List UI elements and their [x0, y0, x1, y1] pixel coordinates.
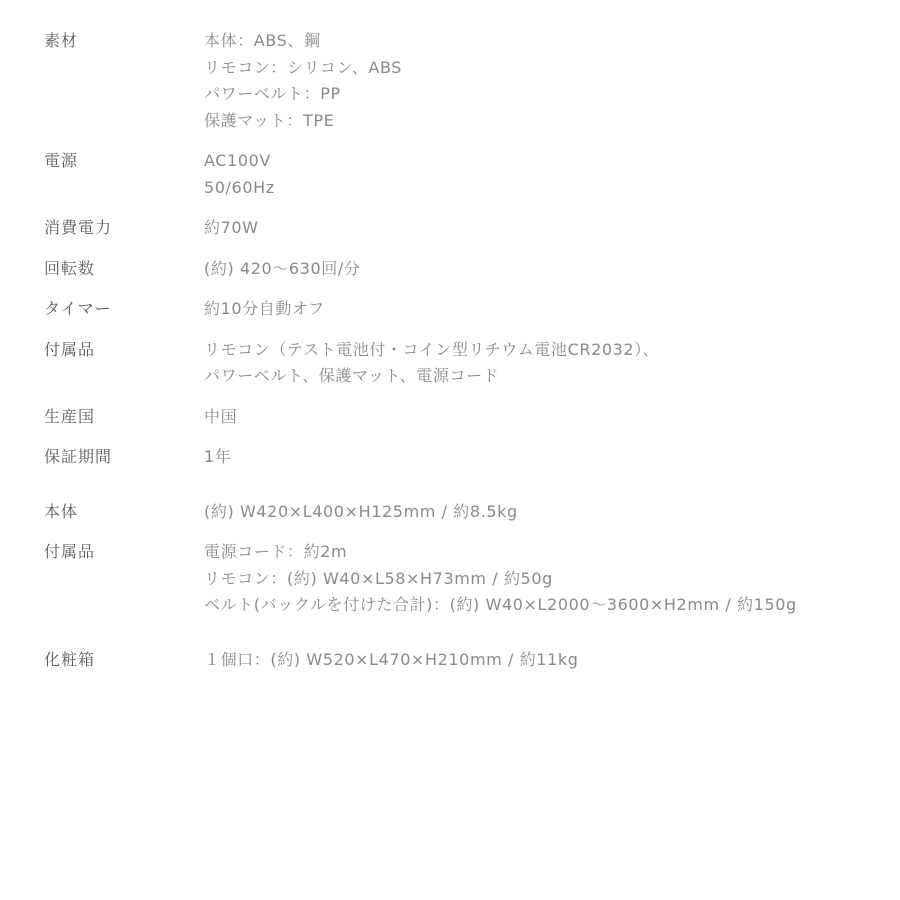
spec-label: タイマー [44, 296, 204, 323]
spec-label: 電源 [44, 148, 204, 175]
spec-value: 1年 [204, 444, 231, 471]
spec-table: 素材 本体：ABS、鋼 リモコン：シリコン、ABS パワーベルト：PP 保護マッ… [44, 28, 884, 673]
spec-row-accessories: 付属品 リモコン（テスト電池付・コイン型リチウム電池CR2032）、 パワーベル… [44, 337, 884, 390]
spec-label: 付属品 [44, 539, 204, 566]
spec-row-rotation-speed: 回転数 (約) 420〜630回/分 [44, 256, 884, 283]
spec-row-warranty: 保証期間 1年 [44, 444, 884, 471]
spec-value-line: AC100V [204, 148, 275, 175]
spec-row-accessory-sizes: 付属品 電源コード：約2m リモコン：(約) W40×L58×H73mm / 約… [44, 539, 884, 619]
spec-value-line: 本体：ABS、鋼 [204, 28, 402, 55]
spec-value-line: 約10分自動オフ [204, 296, 325, 323]
spec-value: 約10分自動オフ [204, 296, 325, 323]
spec-label: 素材 [44, 28, 204, 55]
spec-value: 本体：ABS、鋼 リモコン：シリコン、ABS パワーベルト：PP 保護マット：T… [204, 28, 402, 134]
spec-value-line: 約70W [204, 215, 259, 242]
spec-value-line: 電源コード：約2m [204, 539, 797, 566]
spec-value: リモコン（テスト電池付・コイン型リチウム電池CR2032）、 パワーベルト、保護… [204, 337, 659, 390]
spec-value: (約) 420〜630回/分 [204, 256, 360, 283]
spec-value-line: 50/60Hz [204, 175, 275, 202]
spec-row-power-consumption: 消費電力 約70W [44, 215, 884, 242]
spec-label: 本体 [44, 499, 204, 526]
spec-label: 生産国 [44, 404, 204, 431]
spec-value-line: １個口：(約) W520×L470×H210mm / 約11kg [204, 647, 578, 674]
spec-value-line: リモコン（テスト電池付・コイン型リチウム電池CR2032）、 [204, 337, 659, 364]
spec-value-line: リモコン：シリコン、ABS [204, 55, 402, 82]
spec-label: 付属品 [44, 337, 204, 364]
spec-label: 化粧箱 [44, 647, 204, 674]
spec-value: 約70W [204, 215, 259, 242]
spec-value-line: (約) 420〜630回/分 [204, 256, 360, 283]
spec-value-line: ベルト(バックルを付けた合計)：(約) W40×L2000〜3600×H2mm … [204, 592, 797, 619]
spec-row-timer: タイマー 約10分自動オフ [44, 296, 884, 323]
spec-label: 保証期間 [44, 444, 204, 471]
spec-value-line: リモコン：(約) W40×L58×H73mm / 約50g [204, 566, 797, 593]
spec-value-line: 中国 [204, 404, 237, 431]
spec-row-gift-box: 化粧箱 １個口：(約) W520×L470×H210mm / 約11kg [44, 647, 884, 674]
spec-row-country-of-origin: 生産国 中国 [44, 404, 884, 431]
spec-label: 消費電力 [44, 215, 204, 242]
spec-value-line: パワーベルト、保護マット、電源コード [204, 363, 659, 390]
spec-value: AC100V 50/60Hz [204, 148, 275, 201]
spec-value-line: (約) W420×L400×H125mm / 約8.5kg [204, 499, 518, 526]
spec-label: 回転数 [44, 256, 204, 283]
spec-value: １個口：(約) W520×L470×H210mm / 約11kg [204, 647, 578, 674]
spec-value: 中国 [204, 404, 237, 431]
spec-value: 電源コード：約2m リモコン：(約) W40×L58×H73mm / 約50g … [204, 539, 797, 619]
spec-value-line: パワーベルト：PP [204, 81, 402, 108]
spec-value-line: 保護マット：TPE [204, 108, 402, 135]
spec-value-line: 1年 [204, 444, 231, 471]
spec-row-power-source: 電源 AC100V 50/60Hz [44, 148, 884, 201]
spec-value: (約) W420×L400×H125mm / 約8.5kg [204, 499, 518, 526]
spec-row-body-size: 本体 (約) W420×L400×H125mm / 約8.5kg [44, 499, 884, 526]
spec-row-material: 素材 本体：ABS、鋼 リモコン：シリコン、ABS パワーベルト：PP 保護マッ… [44, 28, 884, 134]
